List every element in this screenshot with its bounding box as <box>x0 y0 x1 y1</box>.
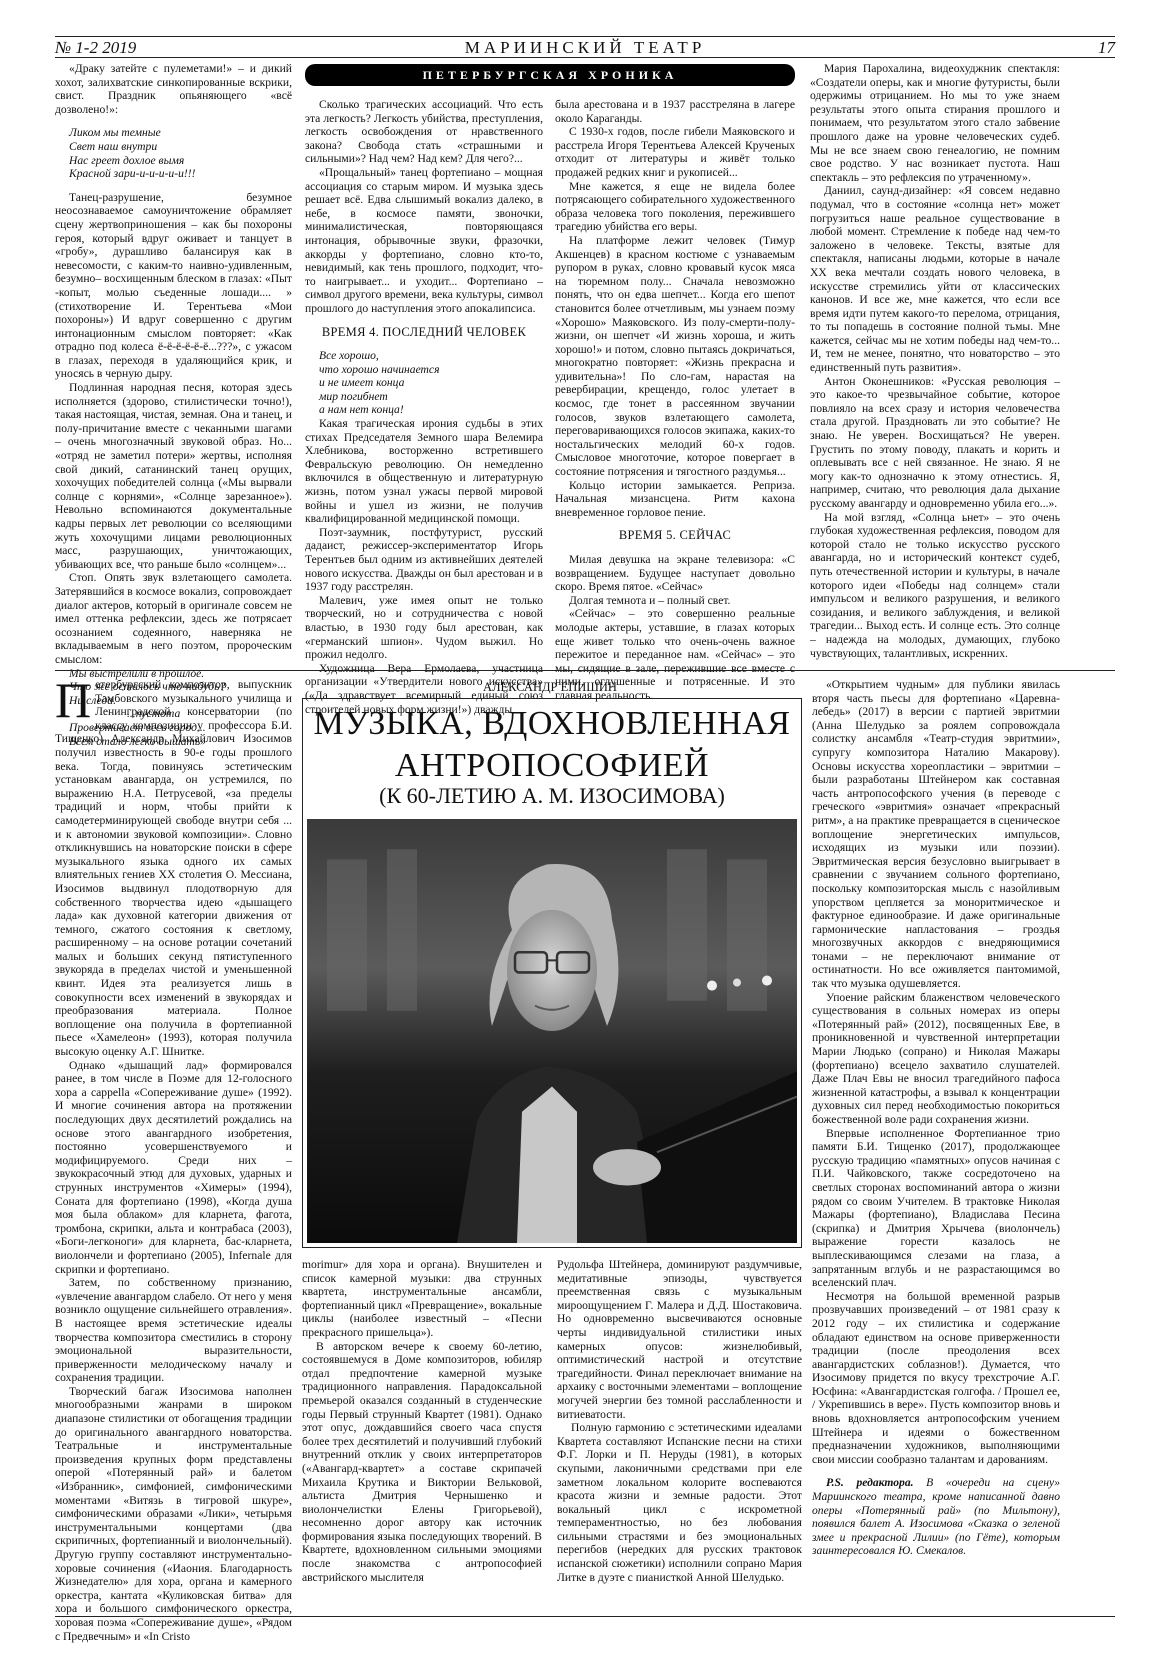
paragraph: Кольцо истории замыкается. Реприза. Нача… <box>555 479 795 520</box>
top-column-4: Мария Парохалина, видеохуджник спектакля… <box>810 62 1060 660</box>
paragraph: Впервые исполненное Фортепианное трио па… <box>812 1127 1060 1290</box>
paragraph: Полную гармонию с эстетическими идеалами… <box>557 1421 802 1584</box>
paragraph: Мне кажется, я еще не видела более потря… <box>555 180 795 234</box>
paragraph-text: етербургский композитор, выпускник Тамбо… <box>55 678 292 1058</box>
headline-line-2: АНТРОПОСОФИЕЙ <box>303 749 801 783</box>
paragraph: Несмотря на большой временной разрыв про… <box>812 1290 1060 1467</box>
paragraph: На платформе лежит человек (Тимур Акшенц… <box>555 234 795 479</box>
paragraph: Рудольфа Штейнера, доминируют раздумчивы… <box>557 1258 802 1421</box>
feature-column-1: Петербургский композитор, выпускник Тамб… <box>55 678 292 1643</box>
paragraph: Антон Оконешников: «Русская революция – … <box>810 375 1060 511</box>
byline: АЛЕКСАНДР ЕПИШИН <box>300 680 800 695</box>
editor-postscript: P.S. редактора. В «очереди на сцену» Мар… <box>812 1476 1060 1558</box>
section-divider <box>55 670 1115 671</box>
paragraph: Упоение райским блаженством человеческог… <box>812 991 1060 1127</box>
paragraph: Сколько трагических ассоциаций. Что есть… <box>305 98 543 166</box>
paragraph: Мария Парохалина, видеохуджник спектакля… <box>810 62 1060 184</box>
verse: Все хорошо, что хорошо начинается и не и… <box>305 349 543 417</box>
verse-line: мир погибнет <box>319 390 543 404</box>
verse-line: что хорошо начинается <box>319 363 543 377</box>
top-column-2: Сколько трагических ассоциаций. Что есть… <box>305 98 543 716</box>
verse-line: Свет наш внутри <box>69 140 292 154</box>
paragraph: Затем, по собственному признанию, «увлеч… <box>55 1276 292 1385</box>
page-number: 17 <box>1098 38 1115 58</box>
paragraph: Творческий багаж Изосимова наполнен мног… <box>55 1385 292 1643</box>
verse: Ликом мы темные Свет наш внутри Нас грее… <box>55 126 292 180</box>
postscript-label: P.S. редактора. <box>826 1476 914 1489</box>
portrait-image-icon <box>307 819 797 1243</box>
paragraph: Какая трагическая ирония судьбы в этих с… <box>305 417 543 526</box>
paragraph: Стоп. Опять звук взлетающего самолета. З… <box>55 571 292 666</box>
headline-line-1: МУЗЫКА, ВДОХНОВЛЕННАЯ <box>303 707 801 741</box>
paragraph: «Драку затейте с пулеметами!» – и дикий … <box>55 62 292 116</box>
paragraph: В авторском вечере к своему 60-летию, со… <box>302 1340 542 1585</box>
paragraph: «Прощальный» танец фортепиано – мощная а… <box>305 166 543 316</box>
verse-line: Нас греет дохлое вымя <box>69 154 292 168</box>
masthead: № 1-2 2019 МАРИИНСКИЙ ТЕАТР 17 <box>55 36 1115 58</box>
paragraph: Танец-разрушение, безумное неосознаваемо… <box>55 191 292 381</box>
paragraph: Долгая темнота и – полный свет. <box>555 594 795 608</box>
section-rubric: ПЕТЕРБУРГСКАЯ ХРОНИКА <box>305 64 795 86</box>
paragraph: Малевич, уже имея опыт не только творчес… <box>305 594 543 662</box>
feature-column-4: «Открытием чудным» для публики явилась в… <box>812 678 1060 1558</box>
paragraph: morimur» для хора и органа). Внушителен … <box>302 1258 542 1340</box>
paragraph: Поэт-заумник, постфутурист, русский дада… <box>305 526 543 594</box>
verse-line: а нам нет конца! <box>319 403 543 417</box>
verse-line: Ликом мы темные <box>69 126 292 140</box>
paragraph: Даниил, саунд-дизайнер: «Я совсем недавн… <box>810 184 1060 374</box>
feature-column-3: Рудольфа Штейнера, доминируют раздумчивы… <box>557 1258 802 1584</box>
paragraph: Подлинная народная песня, которая здесь … <box>55 381 292 571</box>
subheadline: (К 60-ЛЕТИЮ А. М. ИЗОСИМОВА) <box>303 785 801 807</box>
verse-line: и не имеет конца <box>319 376 543 390</box>
portrait-photo <box>307 819 797 1243</box>
paragraph: «Открытием чудным» для публики явилась в… <box>812 678 1060 991</box>
feature-article: АЛЕКСАНДР ЕПИШИН МУЗЫКА, ВДОХНОВЛЕННАЯ А… <box>55 676 1115 1631</box>
top-column-3: была арестована и в 1937 расстреляна в л… <box>555 98 795 703</box>
newspaper-page: № 1-2 2019 МАРИИНСКИЙ ТЕАТР 17 ПЕТЕРБУРГ… <box>55 36 1115 662</box>
paper-title: МАРИИНСКИЙ ТЕАТР <box>55 38 1115 58</box>
headline-photo-frame: МУЗЫКА, ВДОХНОВЛЕННАЯ АНТРОПОСОФИЕЙ (К 6… <box>302 698 802 1248</box>
paragraph: Однако «дышащий лад» формировался ранее,… <box>55 1059 292 1277</box>
top-article: ПЕТЕРБУРГСКАЯ ХРОНИКА «Драку затейте с п… <box>55 62 1115 662</box>
verse-line: Все хорошо, <box>319 349 543 363</box>
paragraph: Петербургский композитор, выпускник Тамб… <box>55 678 292 1059</box>
paragraph: С 1930-х годов, после гибели Маяковского… <box>555 125 795 179</box>
section-heading: ВРЕМЯ 5. СЕЙЧАС <box>555 529 795 543</box>
dropcap: П <box>55 680 91 720</box>
bottom-rule <box>55 1616 1115 1617</box>
top-column-1: «Драку затейте с пулеметами!» – и дикий … <box>55 62 292 748</box>
verse-line: Красной зари-и-и-и-и-и!!! <box>69 167 292 181</box>
section-heading: ВРЕМЯ 4. ПОСЛЕДНИЙ ЧЕЛОВЕК <box>305 326 543 340</box>
paragraph: На мой взгляд, «Солнца ьнет» – это очень… <box>810 511 1060 661</box>
feature-column-2: morimur» для хора и органа). Внушителен … <box>302 1258 542 1584</box>
paragraph: Милая девушка на экране телевизора: «С в… <box>555 553 795 594</box>
paragraph: была арестована и в 1937 расстреляна в л… <box>555 98 795 125</box>
